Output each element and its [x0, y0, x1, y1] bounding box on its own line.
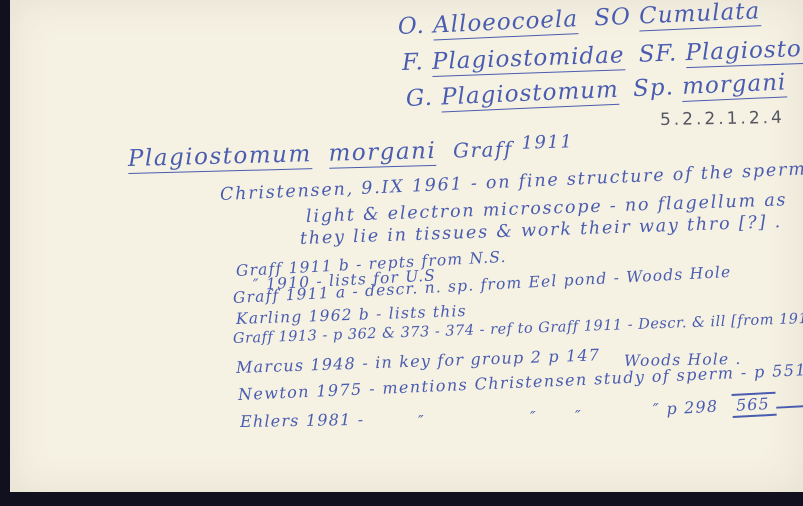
- family-prefix: F.: [402, 49, 425, 76]
- species-prefix: Sp.: [633, 74, 675, 102]
- subfamily-name: Plagiostominae: [685, 33, 803, 68]
- catalog-number: 5.2.2.1.2.4: [660, 108, 785, 130]
- taxonomy-family-line: F. Plagiostomidae SF. Plagiostominae: [402, 33, 803, 76]
- order-name: Alloeocoela: [433, 6, 579, 40]
- species-name: morgani: [682, 69, 787, 102]
- species-title: Plagiostomum morgani Graff 1911: [128, 134, 574, 172]
- subfamily-prefix: SF.: [638, 40, 677, 67]
- ehlers-boxed-page: 565: [731, 388, 803, 415]
- suborder-prefix: SO: [594, 4, 632, 32]
- index-card: O. Alloeocoela SO Cumulata F. Plagiostom…: [10, 0, 803, 492]
- suborder-name: Cumulata: [639, 0, 761, 31]
- title-authority: Graff: [453, 137, 513, 163]
- taxonomy-order-line: O. Alloeocoela SO Cumulata: [397, 0, 760, 40]
- reference-ehlers-1981: Ehlers 1981 -: [240, 410, 365, 431]
- ditto-mark-2: ″: [530, 408, 537, 426]
- genus-name: Plagiostomum: [441, 77, 620, 113]
- title-authority-year: 1911: [521, 131, 573, 153]
- order-prefix: O.: [397, 13, 425, 40]
- ditto-mark-3: ″: [575, 407, 582, 425]
- family-name: Plagiostomidae: [432, 42, 625, 77]
- ditto-mark-1: ″: [418, 412, 425, 430]
- handwriting-layer: O. Alloeocoela SO Cumulata F. Plagiostom…: [10, 0, 803, 492]
- title-species: morgani: [328, 138, 436, 169]
- ehlers-page-reference: ″ p 298: [653, 397, 719, 419]
- title-genus: Plagiostomum: [128, 141, 312, 174]
- boxed-page-number: 565: [731, 392, 776, 418]
- scan-frame: O. Alloeocoela SO Cumulata F. Plagiostom…: [0, 0, 803, 506]
- genus-prefix: G.: [405, 85, 433, 112]
- underline-sweep: [775, 388, 803, 409]
